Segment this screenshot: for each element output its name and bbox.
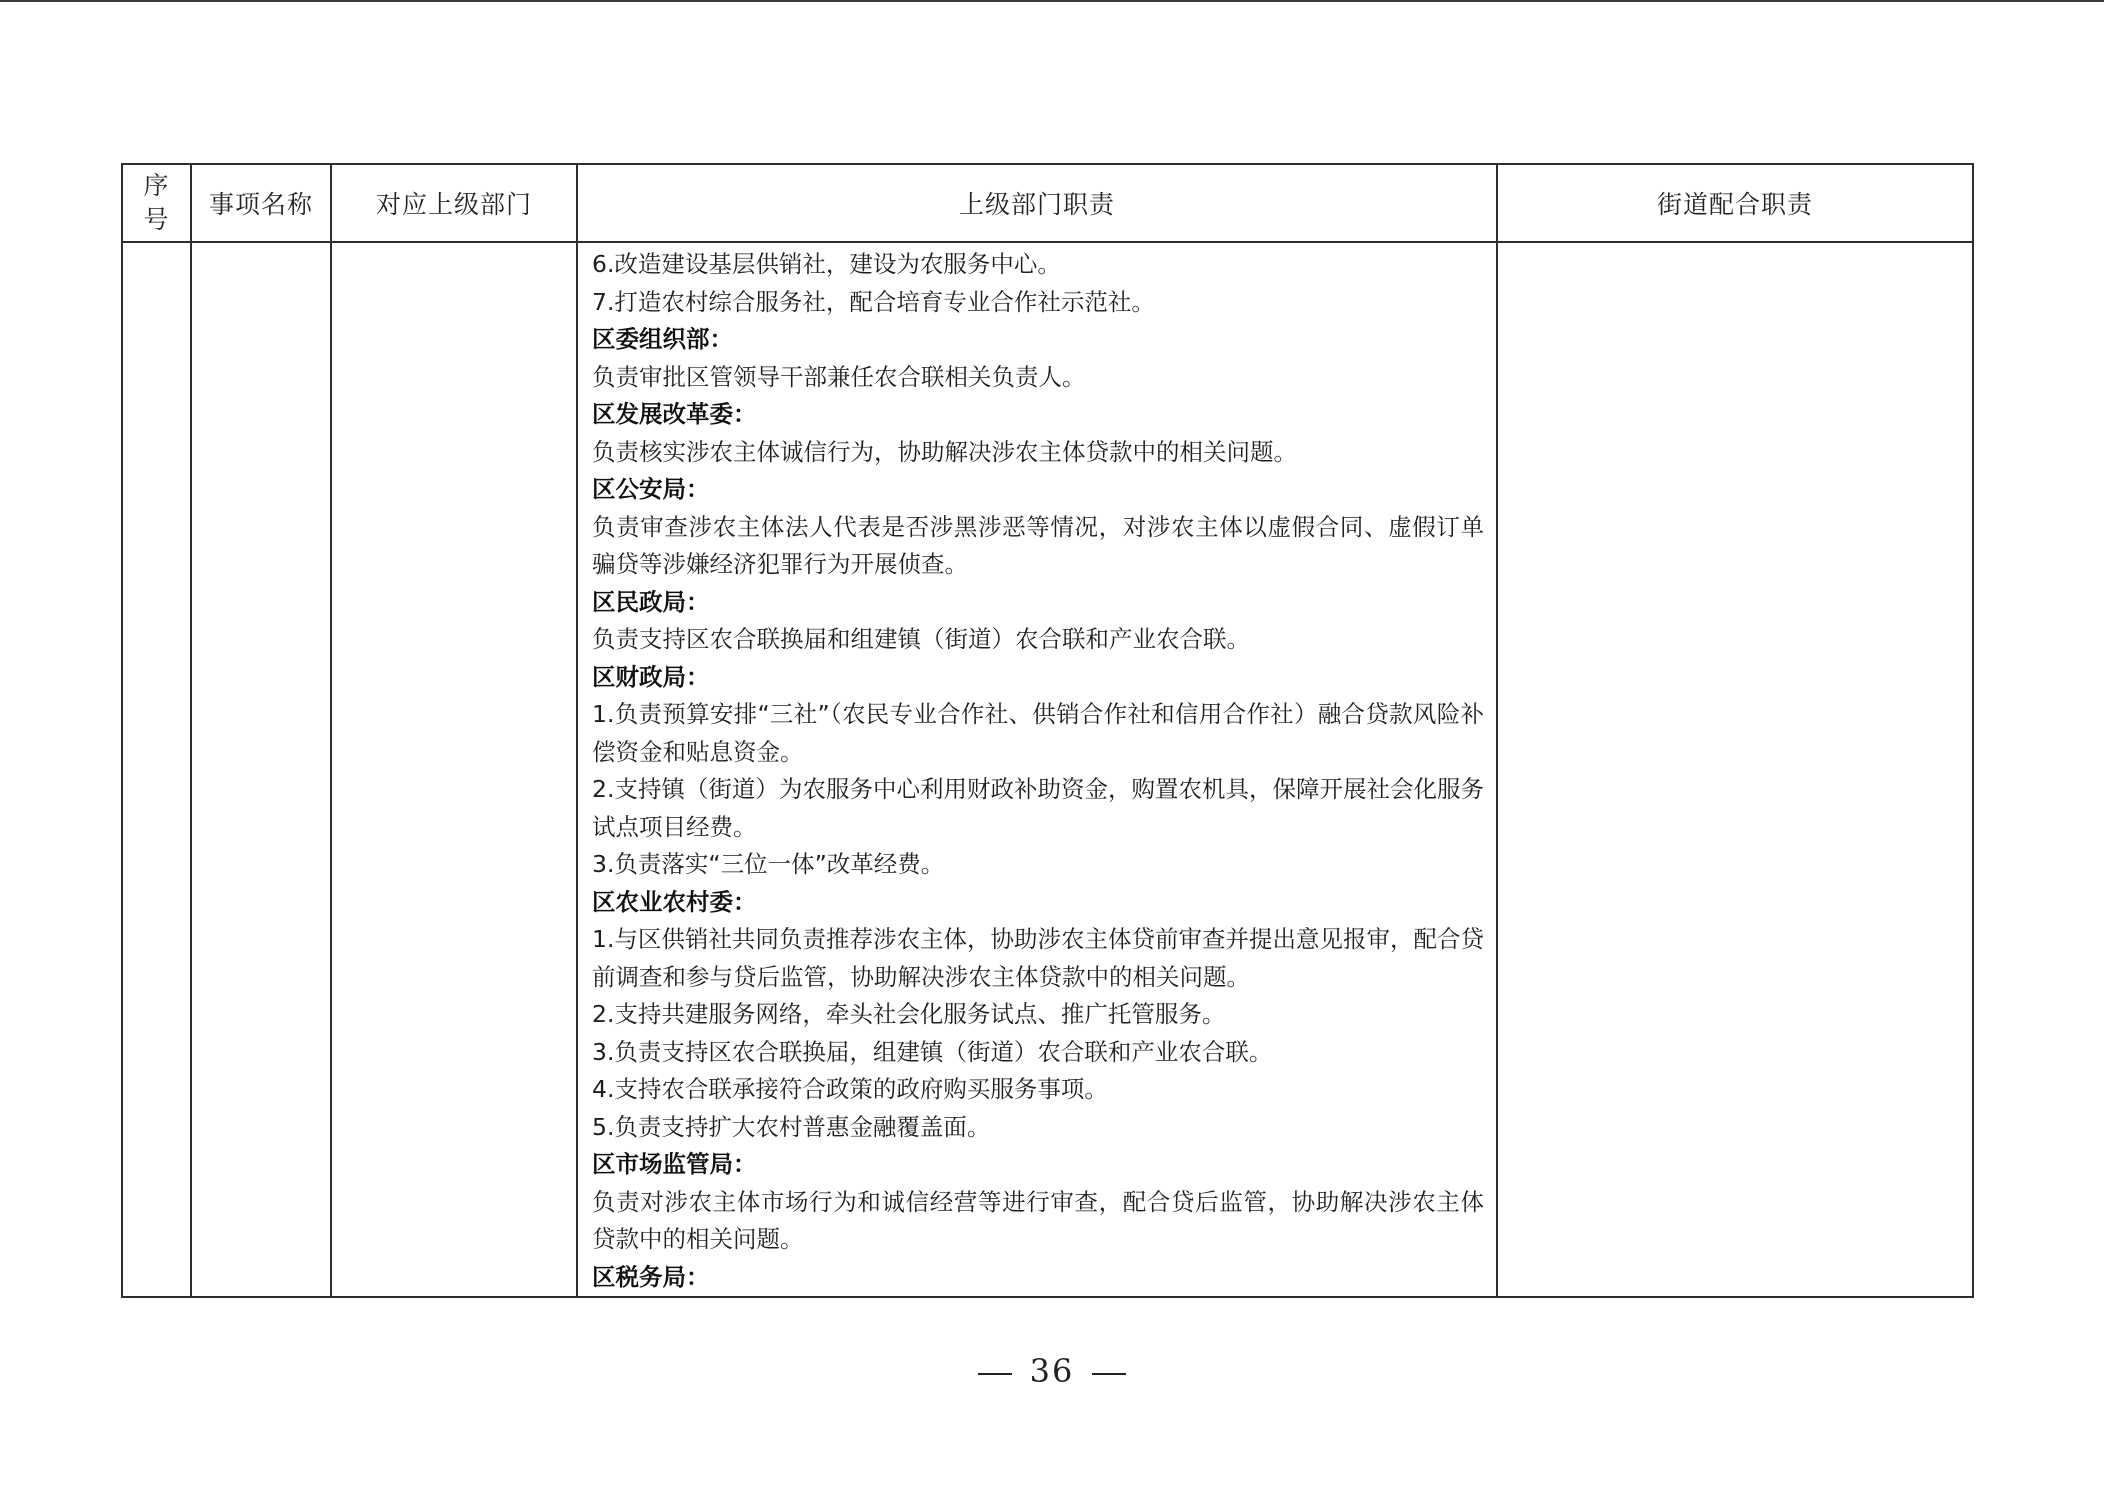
- duty-text: 1.负责预算安排“三社”（农民专业合作社、供销合作社和信用合作社）融合贷款风险补…: [592, 696, 1484, 771]
- header-seq-line2: 号: [123, 203, 190, 237]
- duty-text: 3.负责支持区农合联换届，组建镇（街道）农合联和产业农合联。: [592, 1034, 1484, 1072]
- department-heading: 区财政局：: [592, 659, 1484, 697]
- dash-left: [978, 1373, 1012, 1375]
- duty-lines-container: 6.改造建设基层供销社，建设为农服务中心。7.打造农村综合服务社，配合培育专业合…: [592, 243, 1484, 1296]
- cell-street-duty: [1497, 242, 1973, 1297]
- dash-right: [1092, 1373, 1126, 1375]
- duty-text: 7.打造农村综合服务社，配合培育专业合作社示范社。: [592, 284, 1484, 322]
- duty-text: 负责审批区管领导干部兼任农合联相关负责人。: [592, 359, 1484, 397]
- department-heading: 区税务局：: [592, 1259, 1484, 1297]
- duty-text: 负责核实涉农主体诚信行为，协助解决涉农主体贷款中的相关问题。: [592, 434, 1484, 472]
- header-superior-dept: 对应上级部门: [331, 164, 577, 242]
- cell-superior-duty: 6.改造建设基层供销社，建设为农服务中心。7.打造农村综合服务社，配合培育专业合…: [577, 242, 1497, 1297]
- duty-text: 4.支持农合联承接符合政策的政府购买服务事项。: [592, 1071, 1484, 1109]
- department-heading: 区委组织部：: [592, 321, 1484, 359]
- duty-text: 2.支持共建服务网络，牵头社会化服务试点、推广托管服务。: [592, 996, 1484, 1034]
- header-seq: 序 号: [122, 164, 191, 242]
- duty-text: 2.支持镇（街道）为农服务中心利用财政补助资金，购置农机具，保障开展社会化服务试…: [592, 771, 1484, 846]
- duty-text: 3.负责落实“三位一体”改革经费。: [592, 846, 1484, 884]
- department-heading: 区发展改革委：: [592, 396, 1484, 434]
- duty-text: 负责审查涉农主体法人代表是否涉黑涉恶等情况，对涉农主体以虚假合同、虚假订单骗贷等…: [592, 509, 1484, 584]
- department-heading: 区民政局：: [592, 584, 1484, 622]
- table-header-row: 序 号 事项名称 对应上级部门 上级部门职责 街道配合职责: [122, 164, 1973, 242]
- table-row: 6.改造建设基层供销社，建设为农服务中心。7.打造农村综合服务社，配合培育专业合…: [122, 242, 1973, 1297]
- top-border-rule: [0, 0, 2104, 2]
- department-heading: 区公安局：: [592, 471, 1484, 509]
- page-footer: 36: [0, 1352, 2104, 1390]
- header-item-name: 事项名称: [191, 164, 331, 242]
- duty-text: 1.与区供销社共同负责推荐涉农主体，协助涉农主体贷前审查并提出意见报审，配合贷前…: [592, 921, 1484, 996]
- duty-text: 5.负责支持扩大农村普惠金融覆盖面。: [592, 1109, 1484, 1147]
- cell-seq: [122, 242, 191, 1297]
- header-street-duty: 街道配合职责: [1497, 164, 1973, 242]
- cell-item-name: [191, 242, 331, 1297]
- header-superior-duty: 上级部门职责: [577, 164, 1497, 242]
- duty-text: 负责对涉农主体市场行为和诚信经营等进行审查，配合贷后监管，协助解决涉农主体贷款中…: [592, 1184, 1484, 1259]
- page-number: 36: [1030, 1352, 1075, 1390]
- cell-superior-dept: [331, 242, 577, 1297]
- duty-text: 6.改造建设基层供销社，建设为农服务中心。: [592, 246, 1484, 284]
- department-heading: 区农业农村委：: [592, 884, 1484, 922]
- header-seq-line1: 序: [123, 169, 190, 203]
- responsibility-table: 序 号 事项名称 对应上级部门 上级部门职责 街道配合职责 6.改造建设基层供销…: [121, 163, 1974, 1298]
- duty-text: 负责支持区农合联换届和组建镇（街道）农合联和产业农合联。: [592, 621, 1484, 659]
- department-heading: 区市场监管局：: [592, 1146, 1484, 1184]
